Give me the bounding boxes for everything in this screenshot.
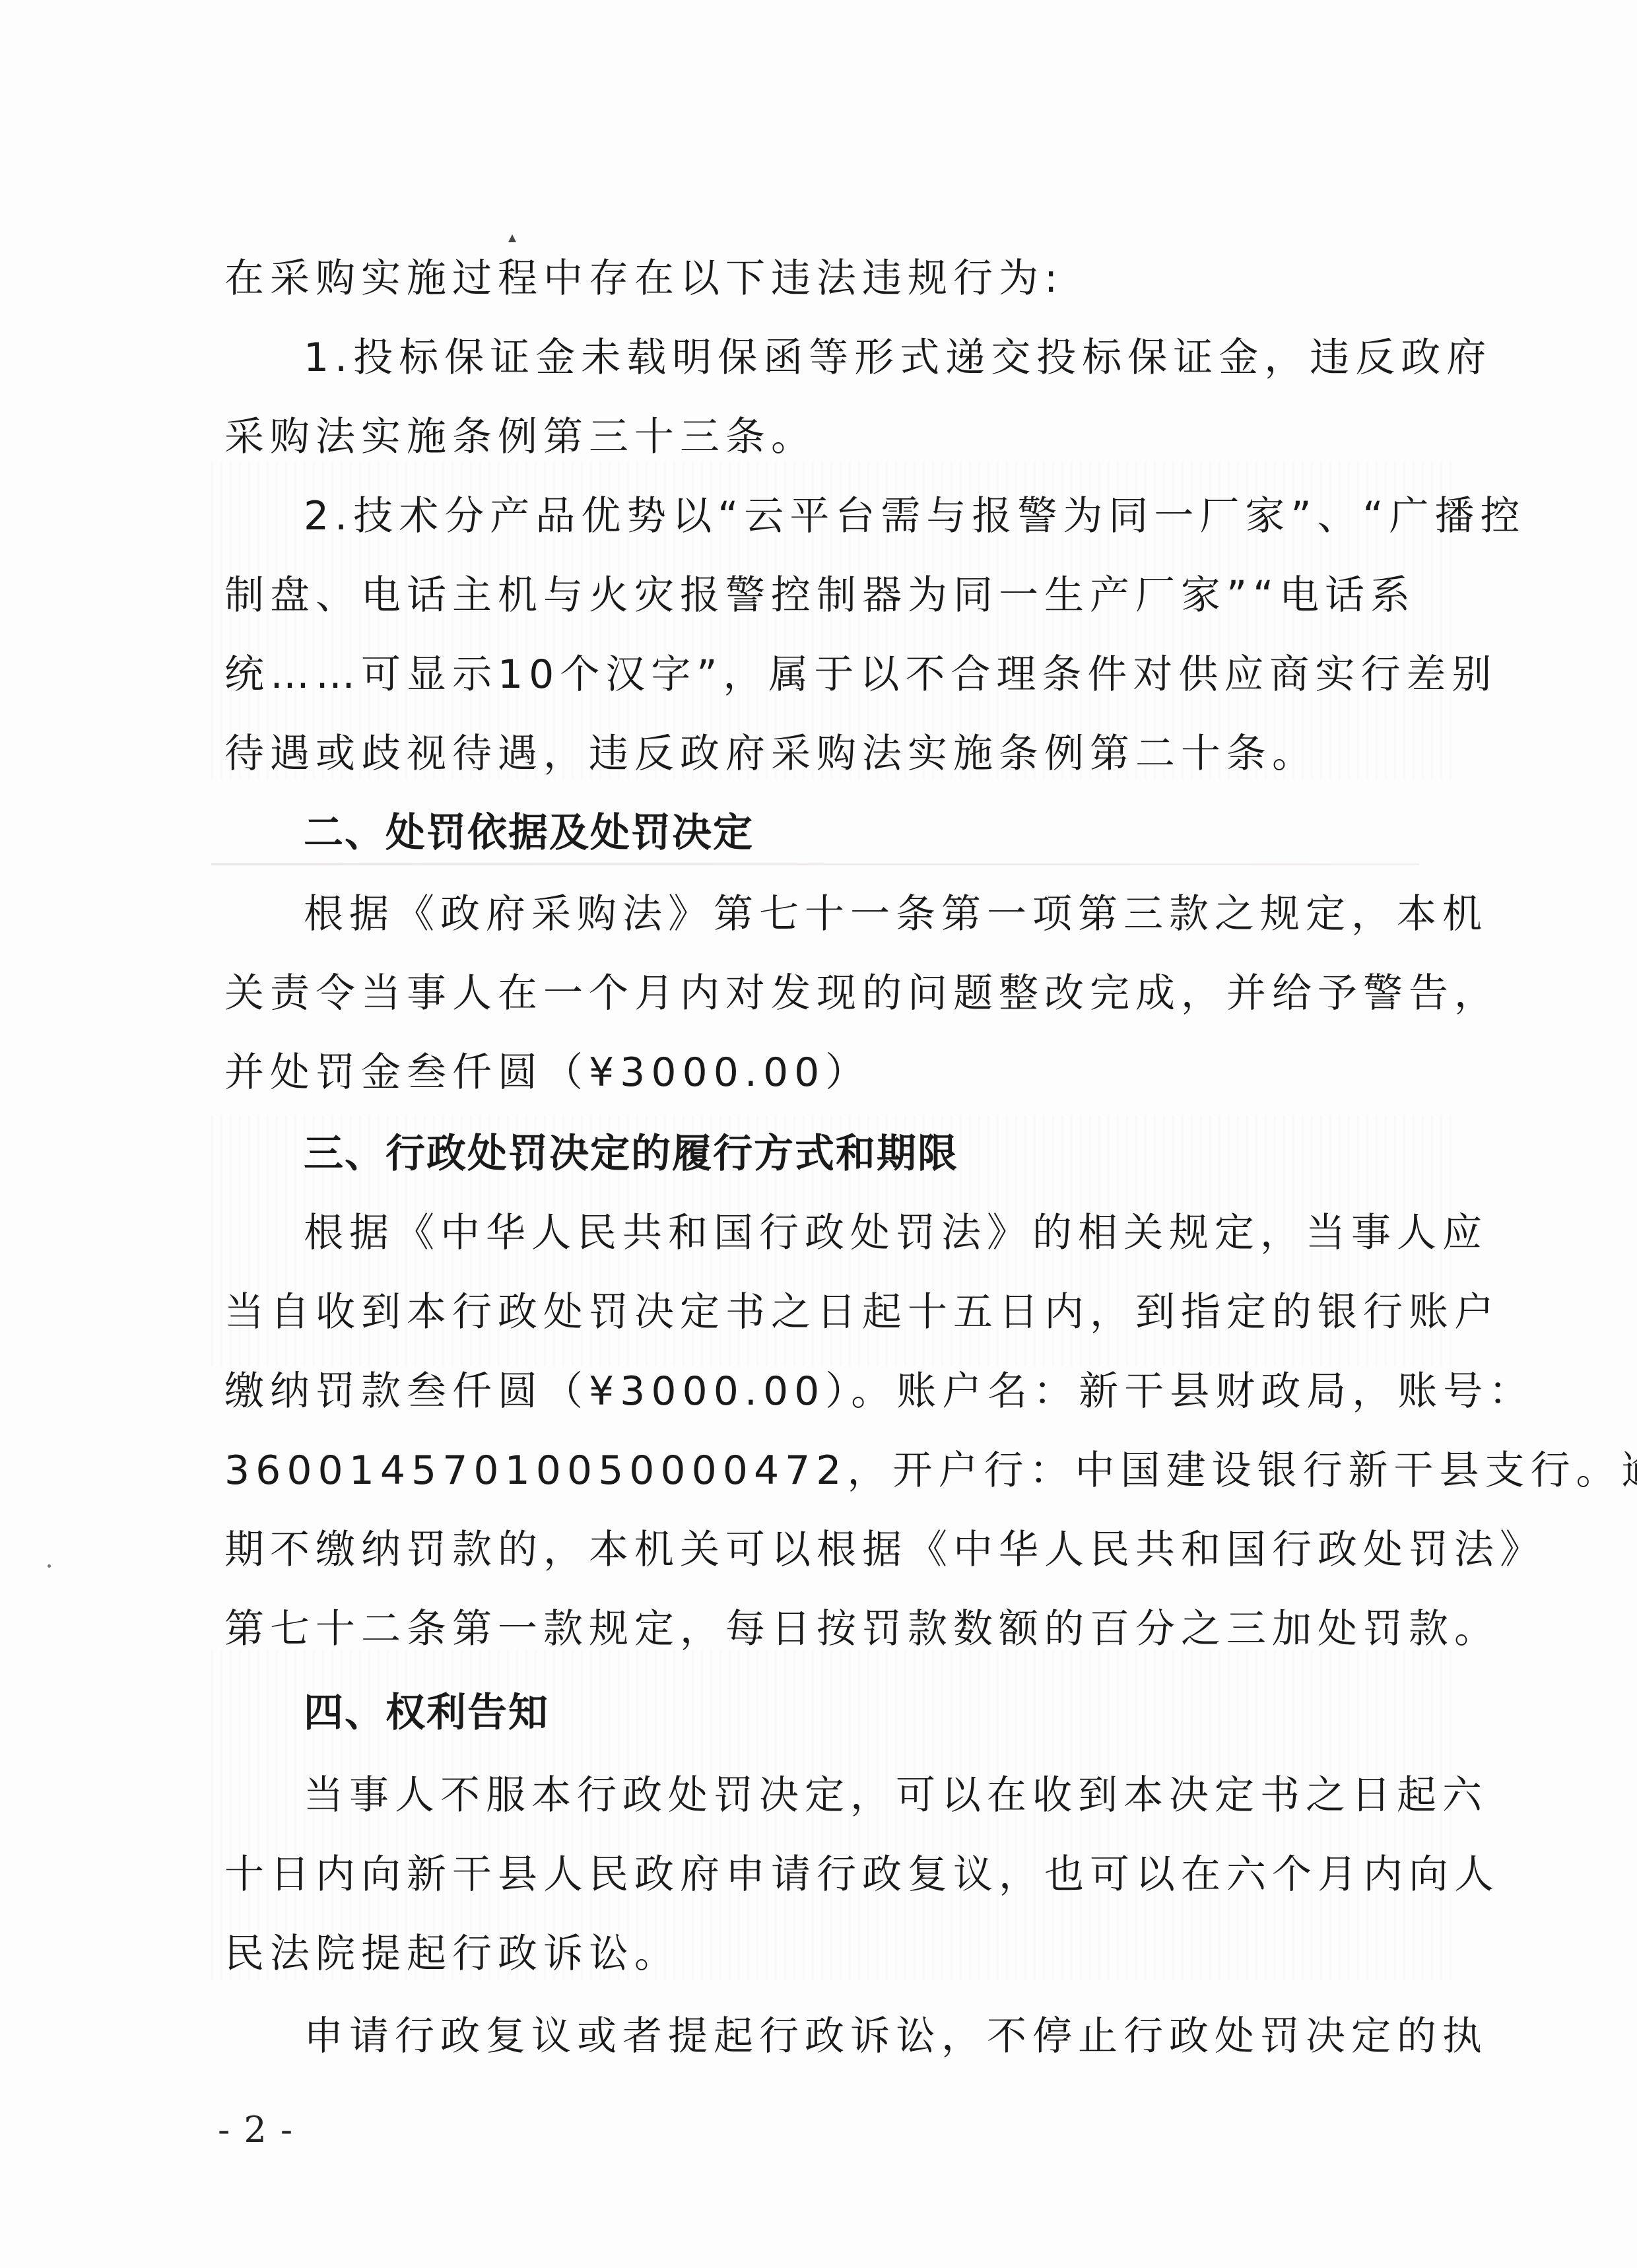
section-2-heading: 二、处罚依据及处罚决定	[304, 813, 754, 853]
section-3-line: 缴纳罚款叁仟圆（¥3000.00）。账户名：新干县财政局，账号：	[224, 1372, 1534, 1411]
intro-line: 在采购实施过程中存在以下违法违规行为:	[224, 259, 1063, 298]
violation-2-line: 统……可显示10个汉字”，属于以不合理条件对供应商实行差别	[224, 655, 1497, 694]
section-3-line: 36001457010050000472，开户行：中国建设银行新干县支行。逾	[224, 1451, 1637, 1490]
section-4-heading: 四、权利告知	[304, 1693, 549, 1733]
violation-2-line: 2.技术分产品优势以“云平台需与报警为同一厂家”、“广播控	[304, 496, 1526, 536]
violation-2-line: 制盘、电话主机与火灾报警控制器为同一生产厂家”“电话系	[224, 576, 1416, 615]
section-2-line: 关责令当事人在一个月内对发现的问题整改完成，并给予警告，	[224, 974, 1500, 1013]
section-3-line: 第七十二条第一款规定，每日按罚款数额的百分之三加处罚款。	[224, 1609, 1500, 1649]
section-4-line: 当事人不服本行政处罚决定，可以在收到本决定书之日起六	[304, 1776, 1488, 1815]
document-page: 在采购实施过程中存在以下违法违规行为: 1.投标保证金未载明保函等形式递交投标保…	[0, 0, 1637, 2268]
scan-dot-mark	[48, 1564, 51, 1568]
section-4-line: 十日内向新干县人民政府申请行政复议，也可以在六个月内向人	[224, 1855, 1500, 1894]
section-2-line: 并处罚金叁仟圆（¥3000.00）	[224, 1053, 871, 1092]
violation-1-line: 采购法实施条例第三十三条。	[224, 417, 817, 457]
section-4-line: 申请行政复议或者提起行政诉讼，不停止行政处罚决定的执	[304, 2017, 1488, 2056]
violation-1-line: 1.投标保证金未载明保函等形式递交投标保证金，违反政府	[304, 338, 1492, 378]
caret-mark-icon	[508, 234, 516, 242]
section-3-line: 根据《中华人民共和国行政处罚法》的相关规定，当事人应	[304, 1213, 1488, 1253]
section-4-line: 民法院提起行政诉讼。	[224, 1934, 680, 1974]
section-3-line: 当自收到本行政处罚决定书之日起十五日内，到指定的银行账户	[224, 1292, 1500, 1332]
section-2-line: 根据《政府采购法》第七十一条第一项第三款之规定，本机	[304, 894, 1488, 934]
page-number: - 2 -	[218, 2109, 294, 2151]
section-3-heading: 三、行政处罚决定的履行方式和期限	[304, 1134, 958, 1174]
scan-artifact-line	[211, 863, 1419, 865]
violation-2-line: 待遇或歧视待遇，违反政府采购法实施条例第二十条。	[224, 734, 1318, 774]
section-3-line: 期不缴纳罚款的，本机关可以根据《中华人民共和国行政处罚法》	[224, 1530, 1545, 1570]
